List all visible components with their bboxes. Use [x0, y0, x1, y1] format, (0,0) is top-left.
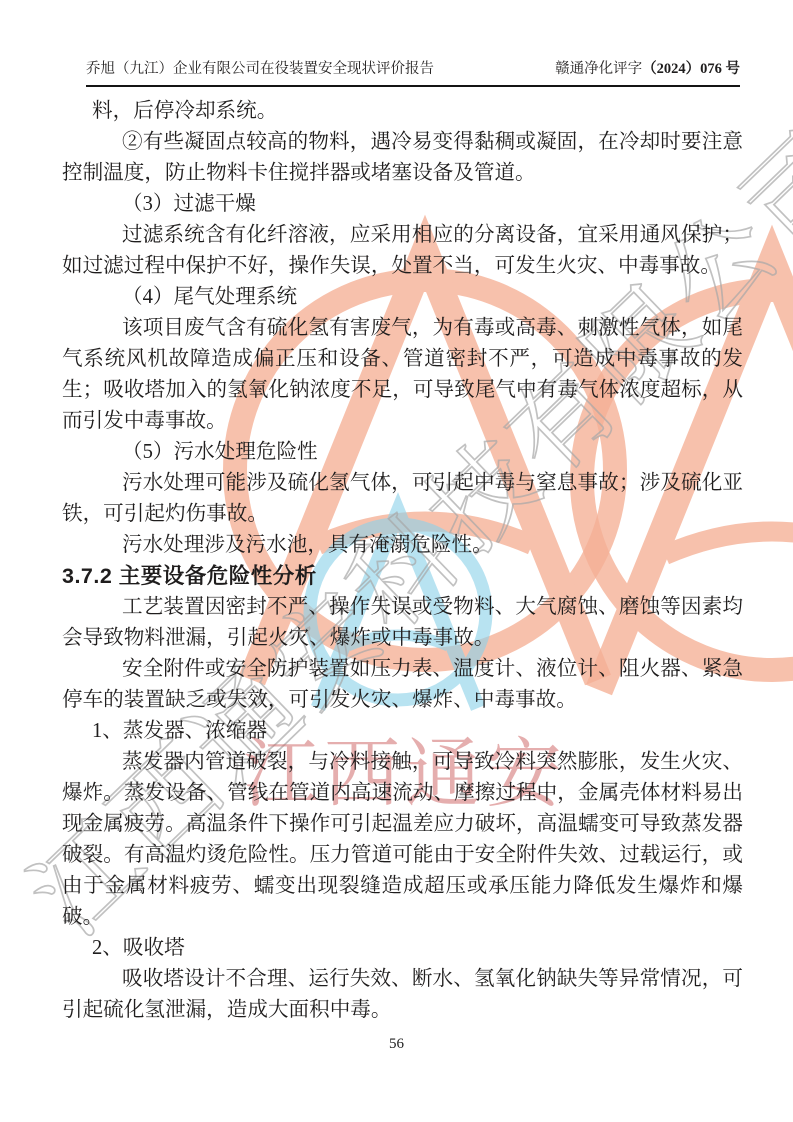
subheading-tail-gas-system: （4）尾气处理系统	[62, 282, 743, 313]
paragraph-absorber: 吸收塔设计不合理、运行失效、断水、氢氧化钠缺失等异常情况，可引起硫化氢泄漏，造成…	[62, 964, 743, 1026]
subheading-filter-drying: （3）过滤干燥	[62, 189, 743, 220]
document-number-bold: （2024）076 号	[642, 61, 740, 77]
page-footer: 56	[0, 1036, 793, 1053]
paragraph-continuation: 料，后停冷却系统。	[62, 96, 743, 127]
paragraph-sewage-hazard-1: 污水处理可能涉及硫化氢气体，可引起中毒与窒息事故；涉及硫化亚铁，可引起灼伤事故。	[62, 468, 743, 530]
subheading-evaporator: 1、蒸发器、浓缩器	[62, 716, 743, 747]
page-number: 56	[389, 1036, 404, 1052]
report-body: 料，后停冷却系统。 ②有些凝固点较高的物料，遇冷易变得黏稠或凝固，在冷却时要注意…	[62, 96, 743, 1026]
report-title: 乔旭（九江）企业有限公司在役装置安全现状评价报告	[86, 60, 434, 78]
paragraph-evaporator: 蒸发器内管道破裂，与冷料接触，可导致冷料突然膨胀，发生火灾、爆炸。蒸发设备、管线…	[62, 747, 743, 933]
paragraph-safety-accessories: 安全附件或安全防护装置如压力表、温度计、液位计、阻火器、紧急停车的装置缺乏或失效…	[62, 654, 743, 716]
section-heading-372: 3.7.2 主要设备危险性分析	[62, 561, 743, 592]
subheading-sewage-hazard: （5）污水处理危险性	[62, 437, 743, 468]
document-number: 赣通净化评字（2024）076 号	[555, 60, 740, 78]
paragraph-filter-drying: 过滤系统含有化纤溶液，应采用相应的分离设备，宜采用通风保护；如过滤过程中保护不好…	[62, 220, 743, 282]
paragraph-device-leak: 工艺装置因密封不严、操作失误或受物料、大气腐蚀、磨蚀等因素均会导致物料泄漏，引起…	[62, 592, 743, 654]
subheading-absorber: 2、吸收塔	[62, 933, 743, 964]
page-header: 乔旭（九江）企业有限公司在役装置安全现状评价报告 赣通净化评字（2024）076…	[86, 60, 740, 87]
paragraph-tail-gas-system: 该项目废气含有硫化氢有害废气，为有毒或高毒、刺激性气体，如尾气系统风机故障造成偏…	[62, 313, 743, 437]
paragraph-sewage-hazard-2: 污水处理涉及污水池，具有淹溺危险性。	[62, 530, 743, 561]
paragraph-freezing-material: ②有些凝固点较高的物料，遇冷易变得黏稠或凝固，在冷却时要注意控制温度，防止物料卡…	[62, 127, 743, 189]
report-page: 江西通安科技有限公司 江西通安 乔旭（九江）企业有限公司在役装置安全现状评价报告…	[0, 0, 793, 1122]
